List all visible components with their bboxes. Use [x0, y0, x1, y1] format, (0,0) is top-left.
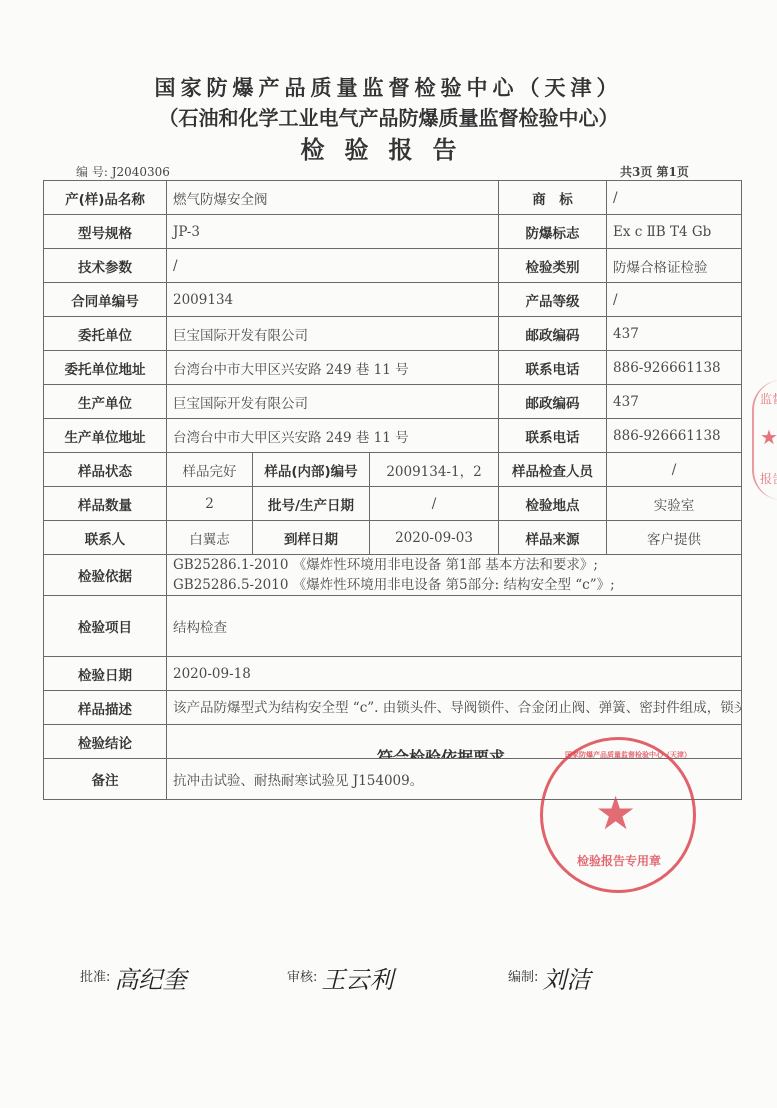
seal-bottom-text: 检验报告专用章 [577, 852, 661, 869]
table-row: 样品数量 2 批号/生产日期 / 检验地点 实验室 [44, 487, 742, 521]
table-row: 样品状态 样品完好 样品(内部)编号 2009134-1，2 样品检查人员 / [44, 453, 742, 487]
value-contact: 白翼志 [167, 521, 253, 555]
approve-label: 批准: [80, 970, 110, 985]
table-row: 型号规格 JP-3 防爆标志 Ex c ⅡB T4 Gb [44, 215, 742, 249]
label-trademark: 商 标 [499, 181, 607, 215]
signature-row: 批准:高纪奎 审核:王云利 编制:刘洁 [0, 950, 777, 1000]
value-arrival-date: 2020-09-03 [370, 521, 499, 555]
value-client-postcode: 437 [607, 317, 742, 351]
value-inspection-location: 实验室 [607, 487, 742, 521]
doc-number-label: 编 号: [76, 165, 108, 179]
page-info: 共3页 第1页 [620, 163, 689, 180]
label-ex-mark: 防爆标志 [499, 215, 607, 249]
value-description: 该产品防爆型式为结构安全型 “c”. 由锁头件、导阀锁件、合金闭止阀、弹簧、密封… [167, 691, 742, 725]
table-row: 合同单编号 2009134 产品等级 / [44, 283, 742, 317]
value-trademark: / [607, 181, 742, 215]
conclusion-text: 符合检验依据要求 [377, 745, 505, 759]
title-line1: 国家防爆产品质量监督检验中心（天津） [0, 72, 777, 102]
label-manufacturer-postcode: 邮政编码 [499, 385, 607, 419]
label-sample-qty: 样品数量 [44, 487, 167, 521]
signature-approve: 批准:高纪奎 [80, 960, 186, 995]
review-signature: 王云利 [321, 966, 393, 994]
label-product-grade: 产品等级 [499, 283, 607, 317]
value-product-name: 燃气防爆安全阀 [167, 181, 499, 215]
value-sample-internal-no: 2009134-1，2 [370, 453, 499, 487]
value-remarks: 抗冲击试验、耐热耐寒试验见 J154009。 [167, 759, 742, 800]
edge-seal-fragment: 监督 ★ 报告 [752, 380, 777, 500]
value-client-phone: 886-926661138 [607, 351, 742, 385]
title-line2: （石油和化学工业电气产品防爆质量监督检验中心） [0, 102, 777, 131]
value-ex-mark: Ex c ⅡB T4 Gb [607, 215, 742, 249]
label-tech-params: 技术参数 [44, 249, 167, 283]
table-row: 技术参数 / 检验类别 防爆合格证检验 [44, 249, 742, 283]
table-row: 检验项目 结构检查 [44, 596, 742, 657]
label-arrival-date: 到样日期 [253, 521, 370, 555]
label-product-name: 产(样)品名称 [44, 181, 167, 215]
value-model: JP-3 [167, 215, 499, 249]
label-description: 样品描述 [44, 691, 167, 725]
review-label: 审核: [287, 970, 317, 985]
value-conclusion-cell: 符合检验依据要求 签批日期: 2020 年 9 月 22 日 [167, 725, 742, 759]
label-items: 检验项目 [44, 596, 167, 657]
signature-review: 审核:王云利 [287, 960, 393, 995]
table-row: 生产单位地址 台湾台中市大甲区兴安路 249 巷 11 号 联系电话 886-9… [44, 419, 742, 453]
label-client-address: 委托单位地址 [44, 351, 167, 385]
value-batch-date: / [370, 487, 499, 521]
table-row: 检验日期 2020-09-18 [44, 657, 742, 691]
value-product-grade: / [607, 283, 742, 317]
label-client-phone: 联系电话 [499, 351, 607, 385]
label-manufacturer: 生产单位 [44, 385, 167, 419]
label-inspection-location: 检验地点 [499, 487, 607, 521]
value-items: 结构检查 [167, 596, 742, 657]
table-row: 生产单位 巨宝国际开发有限公司 邮政编码 437 [44, 385, 742, 419]
value-sample-qty: 2 [167, 487, 253, 521]
value-date: 2020-09-18 [167, 657, 742, 691]
report-title: 检验报告 [0, 130, 777, 165]
value-client: 巨宝国际开发有限公司 [167, 317, 499, 351]
table-row: 委托单位 巨宝国际开发有限公司 邮政编码 437 [44, 317, 742, 351]
label-sample-source: 样品来源 [499, 521, 607, 555]
compile-signature: 刘洁 [542, 966, 590, 994]
signature-compile: 编制:刘洁 [508, 960, 590, 995]
compile-label: 编制: [508, 970, 538, 985]
table-row: 产(样)品名称 燃气防爆安全阀 商 标 / [44, 181, 742, 215]
label-contact: 联系人 [44, 521, 167, 555]
table-row: 备注 抗冲击试验、耐热耐寒试验见 J154009。 [44, 759, 742, 800]
value-sample-inspector: / [607, 453, 742, 487]
value-inspection-type: 防爆合格证检验 [607, 249, 742, 283]
value-sample-status: 样品完好 [167, 453, 253, 487]
basis-line-2: GB25286.5-2010 《爆炸性环境用非电设备 第5部分: 结构安全型 “… [173, 575, 735, 595]
value-contract-no: 2009134 [167, 283, 499, 317]
label-basis: 检验依据 [44, 555, 167, 596]
value-manufacturer-address: 台湾台中市大甲区兴安路 249 巷 11 号 [167, 419, 499, 453]
label-client-postcode: 邮政编码 [499, 317, 607, 351]
value-sample-source: 客户提供 [607, 521, 742, 555]
value-manufacturer-postcode: 437 [607, 385, 742, 419]
doc-number-value: J2040306 [112, 165, 170, 179]
label-sample-inspector: 样品检查人员 [499, 453, 607, 487]
value-client-address: 台湾台中市大甲区兴安路 249 巷 11 号 [167, 351, 499, 385]
basis-line-1: GB25286.1-2010 《爆炸性环境用非电设备 第1部 基本方法和要求》; [173, 555, 735, 575]
label-contract-no: 合同单编号 [44, 283, 167, 317]
label-date: 检验日期 [44, 657, 167, 691]
label-remarks: 备注 [44, 759, 167, 800]
doc-number: 编 号: J2040306 [76, 163, 170, 180]
value-manufacturer-phone: 886-926661138 [607, 419, 742, 453]
table-row: 检验依据 GB25286.1-2010 《爆炸性环境用非电设备 第1部 基本方法… [44, 555, 742, 596]
table-row: 委托单位地址 台湾台中市大甲区兴安路 249 巷 11 号 联系电话 886-9… [44, 351, 742, 385]
table-row: 检验结论 符合检验依据要求 签批日期: 2020 年 9 月 22 日 [44, 725, 742, 759]
label-sample-status: 样品状态 [44, 453, 167, 487]
label-model: 型号规格 [44, 215, 167, 249]
label-client: 委托单位 [44, 317, 167, 351]
value-tech-params: / [167, 249, 499, 283]
table-row: 联系人 白翼志 到样日期 2020-09-03 样品来源 客户提供 [44, 521, 742, 555]
label-batch-date: 批号/生产日期 [253, 487, 370, 521]
label-manufacturer-phone: 联系电话 [499, 419, 607, 453]
value-basis: GB25286.1-2010 《爆炸性环境用非电设备 第1部 基本方法和要求》;… [167, 555, 742, 596]
label-sample-internal-no: 样品(内部)编号 [253, 453, 370, 487]
label-inspection-type: 检验类别 [499, 249, 607, 283]
report-table: 产(样)品名称 燃气防爆安全阀 商 标 / 型号规格 JP-3 防爆标志 Ex … [43, 180, 742, 800]
label-manufacturer-address: 生产单位地址 [44, 419, 167, 453]
table-row: 样品描述 该产品防爆型式为结构安全型 “c”. 由锁头件、导阀锁件、合金闭止阀、… [44, 691, 742, 725]
value-manufacturer: 巨宝国际开发有限公司 [167, 385, 499, 419]
label-conclusion: 检验结论 [44, 725, 167, 759]
approve-signature: 高纪奎 [114, 966, 186, 994]
